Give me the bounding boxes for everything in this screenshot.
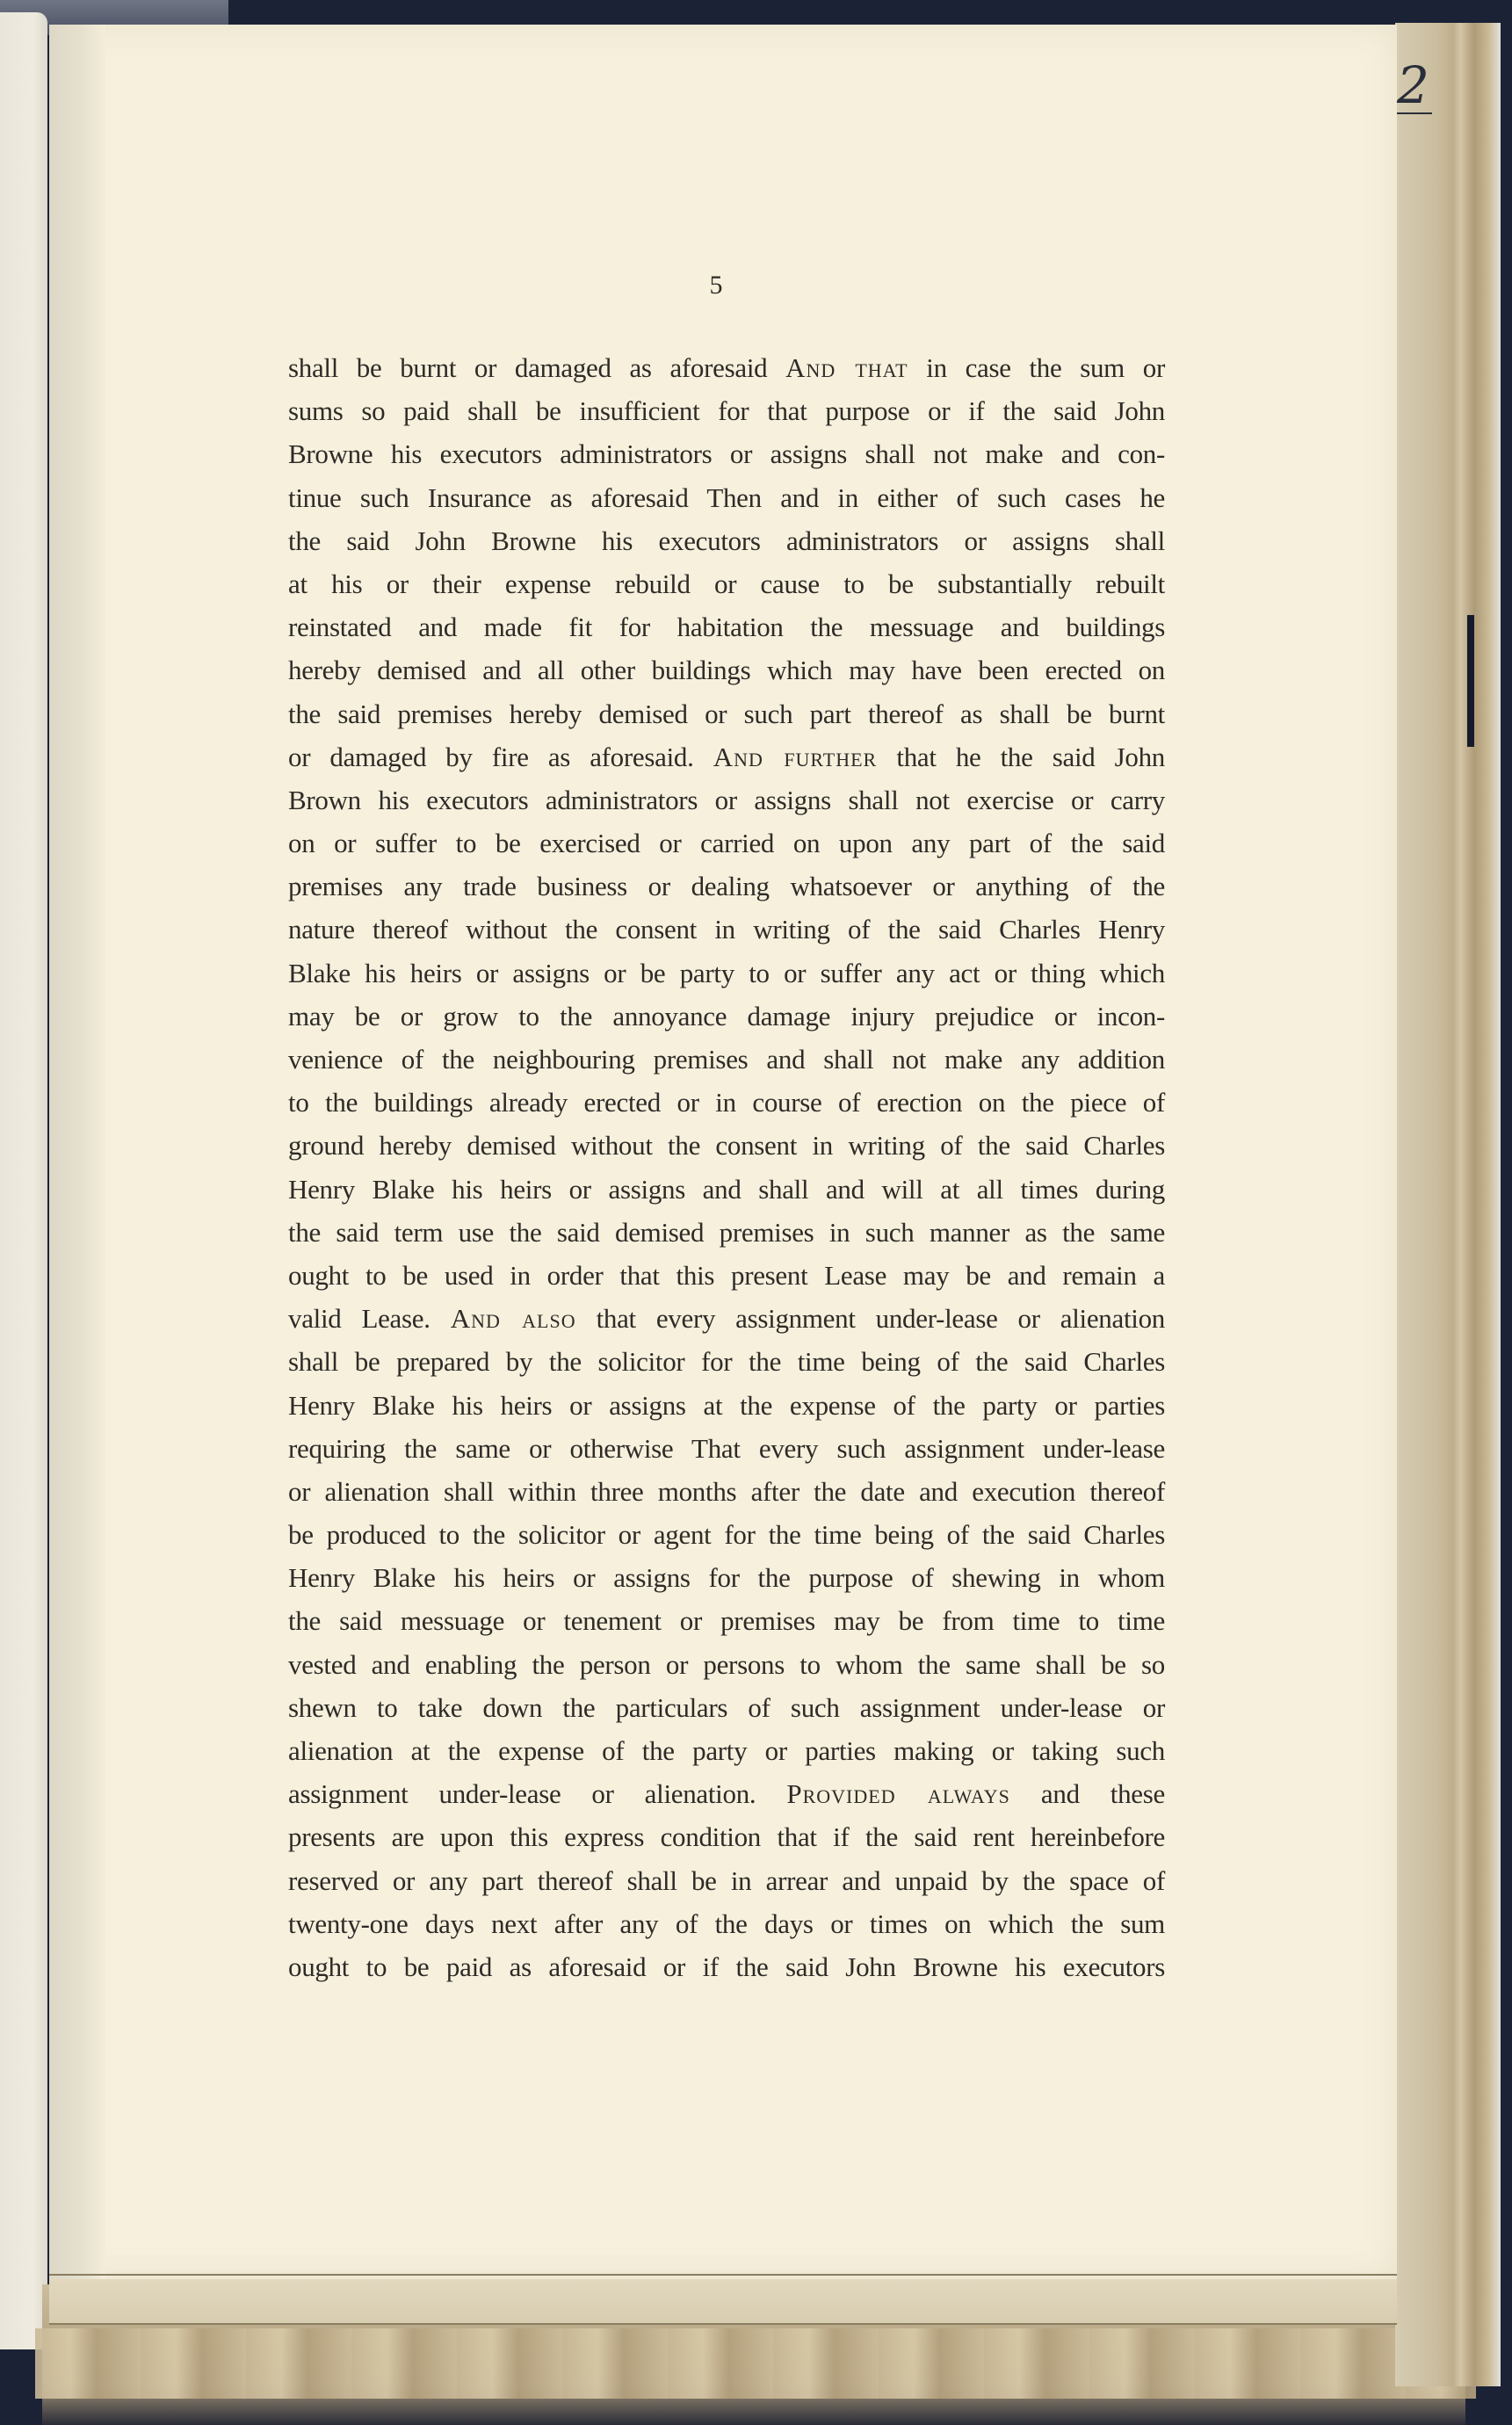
document-page: 5 shall be burnt or damaged as aforesaid… — [49, 25, 1397, 2279]
text-line: assignment under-lease or alienation. Pr… — [288, 1772, 1165, 1815]
page-edges-right — [1395, 23, 1501, 2386]
page-number: 5 — [42, 271, 1390, 300]
adjacent-left-page — [0, 12, 47, 2349]
text-line: or alienation shall within three months … — [288, 1470, 1165, 1513]
page-bottom-margin-band — [49, 2279, 1397, 2325]
text-line: hereby demised and all other buildings w… — [288, 648, 1165, 691]
text-line: valid Lease. And also that every assignm… — [288, 1297, 1165, 1340]
text-line: ground hereby demised without the consen… — [288, 1124, 1165, 1167]
text-line: on or suffer to be exercised or carried … — [288, 822, 1165, 865]
text-line: premises any trade business or dealing w… — [288, 865, 1165, 908]
text-line: reinstated and made fit for habitation t… — [288, 605, 1165, 648]
text-line: Henry Blake his heirs or assigns and sha… — [288, 1168, 1165, 1211]
text-line: Browne his executors administrators or a… — [288, 432, 1165, 475]
small-caps-keyword: And also — [451, 1303, 576, 1334]
torn-page-edges-bottom — [35, 2328, 1476, 2399]
text-line: may be or grow to the annoyance damage i… — [288, 995, 1165, 1038]
text-line: reserved or any part thereof shall be in… — [288, 1859, 1165, 1902]
text-line: Brown his executors administrators or as… — [288, 778, 1165, 822]
text-line: shall be burnt or damaged as aforesaid A… — [288, 346, 1165, 389]
text-line: be produced to the solicitor or agent fo… — [288, 1513, 1165, 1556]
handwritten-folio-number: 2 — [1397, 58, 1432, 114]
text-line: the said premises hereby demised or such… — [288, 692, 1165, 735]
text-line: Blake his heirs or assigns or be party t… — [288, 952, 1165, 995]
text-line: nature thereof without the consent in wr… — [288, 908, 1165, 951]
page-gutter-shadow — [49, 25, 105, 2279]
small-caps-keyword: And further — [713, 742, 878, 772]
text-line: requiring the same or otherwise That eve… — [288, 1427, 1165, 1470]
body-text: shall be burnt or damaged as aforesaid A… — [288, 346, 1165, 1988]
small-caps-keyword: Provided always — [786, 1778, 1010, 1809]
text-line: ought to be paid as aforesaid or if the … — [288, 1945, 1165, 1988]
text-line: presents are upon this express condition… — [288, 1815, 1165, 1858]
text-line: sums so paid shall be insufficient for t… — [288, 389, 1165, 432]
edge-gap — [1467, 615, 1474, 747]
text-line: Henry Blake his heirs or assigns at the … — [288, 1384, 1165, 1427]
text-line: shewn to take down the particulars of su… — [288, 1686, 1165, 1729]
text-line: the said term use the said demised premi… — [288, 1211, 1165, 1254]
text-line: twenty-one days next after any of the da… — [288, 1902, 1165, 1945]
small-caps-keyword: And that — [785, 352, 908, 383]
text-line: shall be prepared by the solicitor for t… — [288, 1340, 1165, 1383]
text-line: venience of the neighbouring premises an… — [288, 1038, 1165, 1081]
text-line: to the buildings already erected or in c… — [288, 1081, 1165, 1124]
text-line: at his or their expense rebuild or cause… — [288, 562, 1165, 605]
text-line: ought to be used in order that this pres… — [288, 1254, 1165, 1297]
text-line: or damaged by fire as aforesaid. And fur… — [288, 735, 1165, 778]
text-line: vested and enabling the person or person… — [288, 1643, 1165, 1686]
text-line: Henry Blake his heirs or assigns for the… — [288, 1556, 1165, 1599]
text-line: tinue such Insurance as aforesaid Then a… — [288, 476, 1165, 519]
text-line: alienation at the expense of the party o… — [288, 1729, 1165, 1772]
text-line: the said messuage or tenement or premise… — [288, 1599, 1165, 1642]
text-line: the said John Browne his executors admin… — [288, 519, 1165, 562]
page-bottom-edge — [49, 2274, 1397, 2276]
